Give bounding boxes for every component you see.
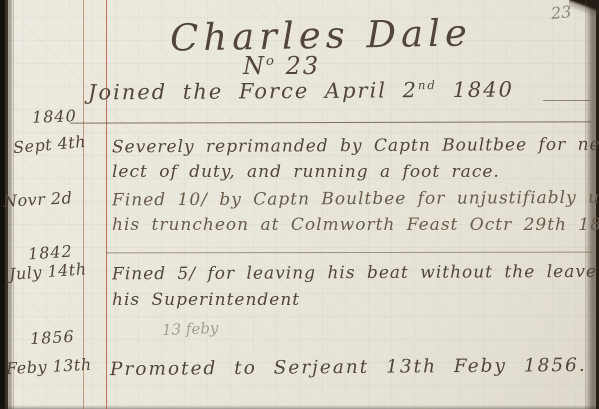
entry-text-line: lect of duty, and running a foot race. <box>112 162 500 182</box>
ink-dash-after-joined <box>543 100 590 101</box>
entry-date: Novr 2d <box>3 188 73 211</box>
pencil-note: 13 feby <box>162 319 219 339</box>
entry-text-line: Promoted to Serjeant 13th Feby 1856. <box>110 355 587 380</box>
entry-text-line: his truncheon at Colmworth Feast Octr 29… <box>112 215 599 235</box>
page-corner-shadow <box>569 0 599 26</box>
red-rule-left <box>83 0 84 409</box>
page-bottom-shadow <box>0 405 599 409</box>
entry-text-line: his Superintendent <box>112 290 300 310</box>
year-heading-1856: 1856 <box>30 327 76 348</box>
page-number: 23 <box>550 2 572 23</box>
ink-rule-under-1840 <box>70 121 591 124</box>
entry-text-line: Fined 10/ by Captn Boultbee for unjustif… <box>112 188 599 211</box>
entry-date: Feby 13th <box>6 355 93 378</box>
entry-date: July 14th <box>8 259 87 283</box>
ledger-page: 23 Charles Dale No 23 Joined the Force A… <box>0 0 599 409</box>
entry-text-line: Severely reprimanded by Captn Boultbee f… <box>112 135 599 158</box>
entry-date: Sept 4th <box>12 132 86 157</box>
year-heading-1840: 1840 <box>32 106 77 127</box>
record-title: Charles Dale <box>170 11 473 59</box>
ink-rule-divider-1842 <box>106 252 592 254</box>
entry-text-line: Fined 5/ for leaving his beat without th… <box>112 262 599 285</box>
record-number: No 23 <box>243 52 320 80</box>
joined-line: Joined the Force April 2nd 1840 <box>88 78 514 105</box>
red-rule-right <box>106 0 107 409</box>
